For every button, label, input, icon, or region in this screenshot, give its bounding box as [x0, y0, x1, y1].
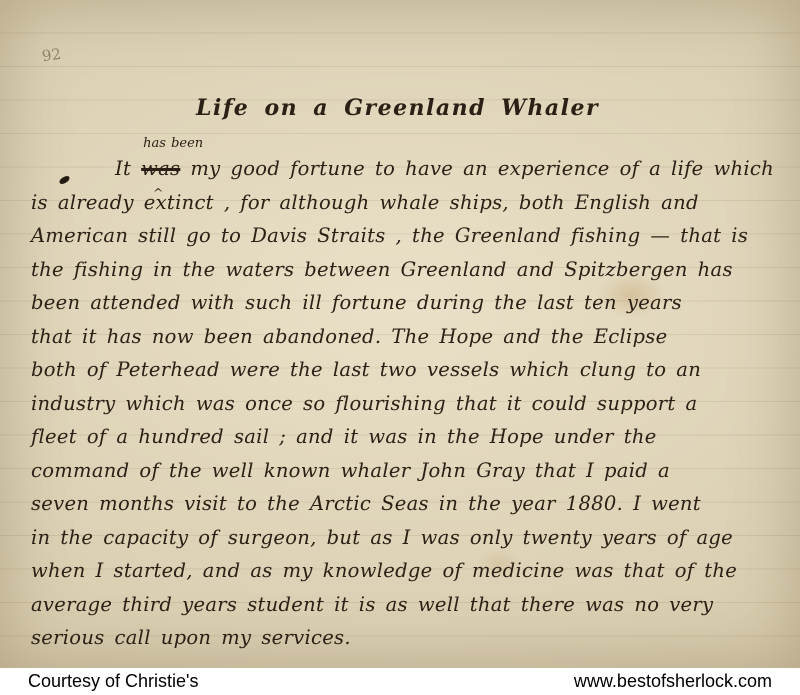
edit-after-text: my good fortune to have an experience of… — [190, 157, 774, 180]
caption-bar: Courtesy of Christie's www.bestofsherloc… — [0, 668, 800, 695]
handwriting-line: when I started, and as my knowledge of m… — [31, 554, 773, 588]
crossed-out-word: was has been ^ — [141, 152, 180, 186]
handwriting-line: both of Peterhead were the last two vess… — [31, 353, 773, 387]
caret-mark: ^ — [153, 187, 163, 199]
handwriting-line: serious call upon my services. — [31, 621, 773, 655]
manuscript-text: It was has been ^ my good fortune to hav… — [31, 152, 773, 655]
caption-website: www.bestofsherlock.com — [574, 671, 772, 692]
handwriting-line: seven months visit to the Arctic Seas in… — [31, 487, 773, 521]
handwriting-line: fleet of a hundred sail ; and it was in … — [31, 420, 773, 454]
manuscript-title: Life on a Greenland Whaler — [196, 95, 599, 121]
edit-before-text: It — [115, 157, 131, 180]
handwriting-line: industry which was once so flourishing t… — [31, 387, 773, 421]
handwriting-line: in the capacity of surgeon, but as I was… — [31, 521, 773, 555]
handwriting-line: average third years student it is as wel… — [31, 588, 773, 622]
manuscript-photo: 92 Life on a Greenland Whaler It was has… — [0, 0, 800, 668]
handwriting-line: It was has been ^ my good fortune to hav… — [31, 152, 773, 186]
handwriting-line: American still go to Davis Straits , the… — [31, 219, 773, 253]
inserted-words: has been — [143, 137, 203, 150]
caption-credit: Courtesy of Christie's — [28, 671, 199, 692]
handwriting-line: the fishing in the waters between Greenl… — [31, 253, 773, 287]
handwriting-line: is already extinct , for although whale … — [31, 186, 773, 220]
handwriting-line: that it has now been abandoned. The Hope… — [31, 320, 773, 354]
handwriting-line: command of the well known whaler John Gr… — [31, 454, 773, 488]
handwriting-line: been attended with such ill fortune duri… — [31, 286, 773, 320]
pencil-page-number: 92 — [41, 45, 62, 65]
